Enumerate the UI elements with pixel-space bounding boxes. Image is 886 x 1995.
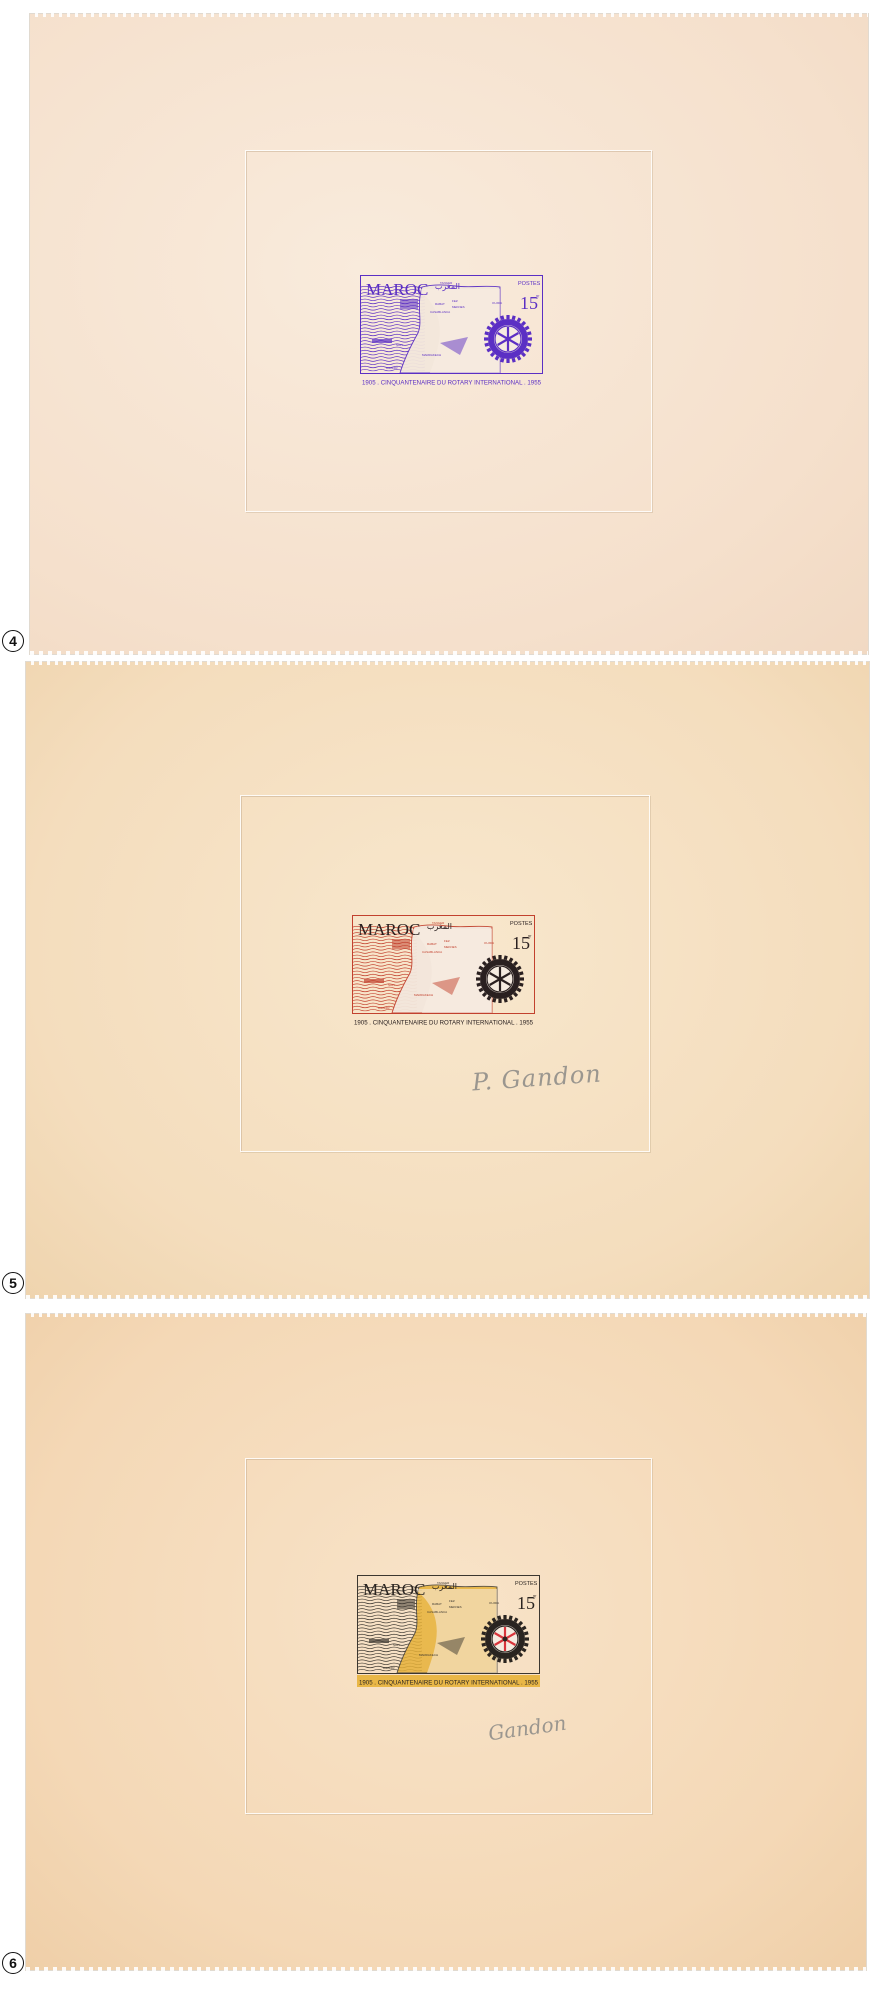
proof-sheet-4: MAROC المغرب POSTES 15 F TANGER RABAT FE… bbox=[30, 14, 868, 654]
proof-number-badge: 4 bbox=[2, 630, 24, 652]
proof-number-badge: 5 bbox=[2, 1272, 24, 1294]
svg-text:RABAT: RABAT bbox=[435, 302, 445, 306]
svg-text:OUJDA: OUJDA bbox=[489, 1601, 499, 1605]
svg-text:SAFI: SAFI bbox=[396, 343, 403, 347]
svg-text:OUJDA: OUJDA bbox=[484, 941, 494, 945]
deckle-edge bbox=[26, 659, 869, 665]
country-name: MAROC bbox=[366, 280, 428, 299]
deckle-edge bbox=[30, 651, 868, 657]
svg-text:SAFI: SAFI bbox=[388, 983, 395, 987]
svg-text:TANGER: TANGER bbox=[440, 281, 453, 285]
proof-number-badge: 6 bbox=[2, 1952, 24, 1974]
stamp-caption: 1905 . CINQUANTENAIRE DU ROTARY INTERNAT… bbox=[354, 1020, 533, 1027]
country-name: MAROC bbox=[363, 1580, 425, 1599]
svg-text:CASABLANCA: CASABLANCA bbox=[422, 950, 442, 954]
svg-text:RABAT: RABAT bbox=[427, 942, 437, 946]
svg-text:MEKNES: MEKNES bbox=[444, 945, 457, 949]
svg-text:MEKNES: MEKNES bbox=[449, 1605, 462, 1609]
deckle-edge bbox=[26, 1967, 866, 1973]
svg-text:POSTES: POSTES bbox=[518, 281, 541, 287]
proof-sheet-6: MAROC المغرب POSTES 15 F TANGER RABAT FE… bbox=[26, 1314, 866, 1970]
svg-text:POSTES: POSTES bbox=[515, 1581, 538, 1587]
stamp-impression: MAROC المغرب POSTES 15 F TANGER RABAT FE… bbox=[352, 915, 535, 1027]
stamp-impression: MAROC المغرب POSTES 15 F TANGER RABAT FE… bbox=[357, 1575, 540, 1687]
svg-text:TANGER: TANGER bbox=[437, 1581, 450, 1585]
deckle-edge bbox=[26, 1311, 866, 1317]
svg-text:CASABLANCA: CASABLANCA bbox=[430, 310, 450, 314]
svg-text:OUJDA: OUJDA bbox=[492, 301, 502, 305]
stamp-design: MAROC المغرب POSTES 15 F TANGER RABAT FE… bbox=[357, 1575, 540, 1687]
svg-text:RABAT: RABAT bbox=[432, 1602, 442, 1606]
svg-text:FEZ: FEZ bbox=[449, 1599, 455, 1603]
proof-sheet-5: MAROC المغرب POSTES 15 F TANGER RABAT FE… bbox=[26, 662, 869, 1298]
svg-text:F: F bbox=[528, 935, 532, 941]
svg-text:SAFI: SAFI bbox=[393, 1643, 400, 1647]
deckle-edge bbox=[30, 11, 868, 17]
svg-text:POSTES: POSTES bbox=[510, 921, 533, 927]
svg-text:F: F bbox=[533, 1595, 537, 1601]
stamp-design: MAROC المغرب POSTES 15 F TANGER RABAT FE… bbox=[352, 915, 535, 1027]
stamp-design: MAROC المغرب POSTES 15 F TANGER RABAT FE… bbox=[360, 275, 543, 387]
svg-text:MEKNES: MEKNES bbox=[452, 305, 465, 309]
svg-text:FEZ: FEZ bbox=[452, 299, 458, 303]
country-name: MAROC bbox=[358, 920, 420, 939]
svg-text:MARRAKECH: MARRAKECH bbox=[419, 1653, 438, 1657]
stamp-caption: 1905 . CINQUANTENAIRE DU ROTARY INTERNAT… bbox=[362, 380, 541, 387]
deckle-edge bbox=[26, 1295, 869, 1301]
svg-text:MARRAKECH: MARRAKECH bbox=[422, 353, 441, 357]
svg-text:CASABLANCA: CASABLANCA bbox=[427, 1610, 447, 1614]
svg-text:TANGER: TANGER bbox=[432, 921, 445, 925]
svg-text:MARRAKECH: MARRAKECH bbox=[414, 993, 433, 997]
svg-text:AGADIR: AGADIR bbox=[383, 1666, 395, 1670]
svg-text:F: F bbox=[536, 295, 540, 301]
stamp-impression: MAROC المغرب POSTES 15 F TANGER RABAT FE… bbox=[360, 275, 543, 387]
stamp-caption: 1905 . CINQUANTENAIRE DU ROTARY INTERNAT… bbox=[359, 1680, 538, 1687]
svg-text:AGADIR: AGADIR bbox=[378, 1006, 390, 1010]
svg-text:FEZ: FEZ bbox=[444, 939, 450, 943]
svg-text:AGADIR: AGADIR bbox=[386, 366, 398, 370]
